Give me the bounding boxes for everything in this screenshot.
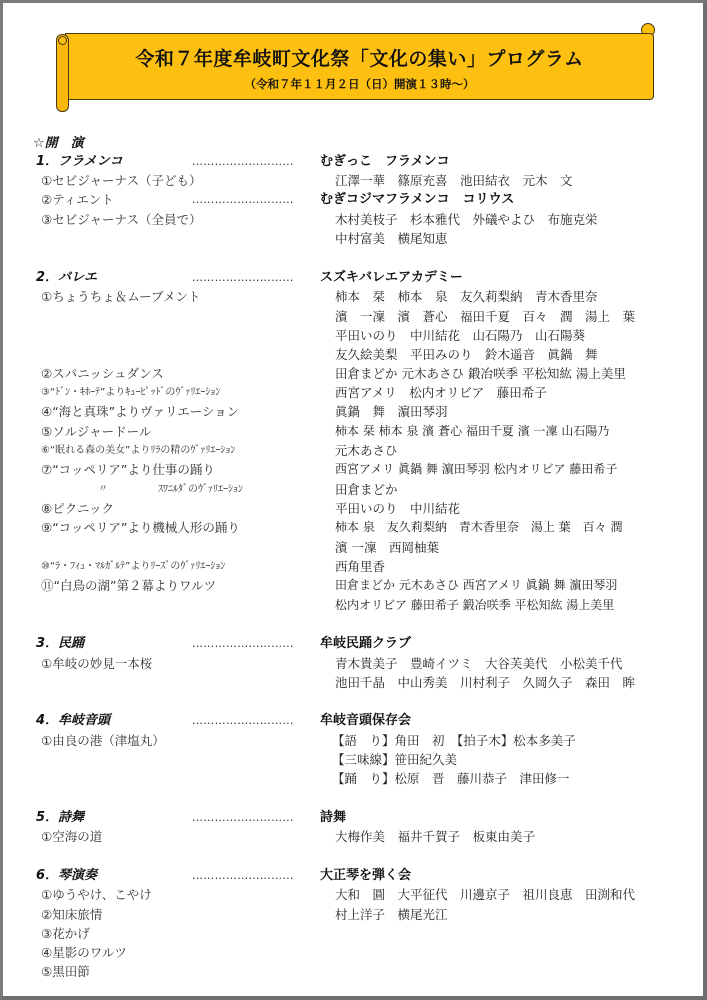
program-item: ①由良の港（津塩丸）: [41, 731, 165, 750]
program-item: ⑩“ﾗ・ﾌｨｭ・ﾏﾙｶﾞﾙﾃ”よりﾘｰｽﾞのｳﾞｧﾘｴｰｼｮﾝ: [41, 557, 225, 576]
performer-names: 西宮アメリ 眞鍋 舞 濵田琴羽 松内オリビア 藤田希子: [335, 460, 617, 479]
performer-names: 柿本 泉 友久莉梨納 青木香里奈 湯上 葉 百々 潤: [335, 518, 622, 537]
program-item: ③セビジャーナス（全員で）: [41, 210, 201, 229]
program-item: ⑤ソルジャードール: [41, 422, 151, 441]
performer-names: 柿本 栞 柿本 泉 濱 蒼心 福田千夏 濱 一凜 山石陽乃: [335, 422, 609, 441]
program-item: ③“ﾄﾞﾝ・ｷﾎｰﾃ”よりｷｭｰﾋﾟｯﾄﾞのｳﾞｧﾘｴｰｼｮﾝ: [41, 383, 220, 402]
leader-dots: ………………………: [192, 268, 294, 287]
leader-dots: ………………………: [192, 808, 294, 827]
performer-names: 濱 一凜 西岡柚葉: [335, 538, 439, 557]
section-title: 2．バレエ: [36, 268, 97, 287]
performer-names: 平田いのり 中川結花: [335, 499, 460, 518]
group-name: むぎコジマフラメンコ コリウス: [320, 190, 514, 209]
performer-names: 【踊 り】松原 晋 藤川恭子 津田修一: [332, 769, 570, 788]
performer-names: 松内オリビア 藤田希子 鍛冶咲季 平松知紘 湯上美里: [335, 596, 614, 615]
performer-names: 【三味線】笹田紀久美: [332, 750, 457, 769]
performer-names: 青木貴美子 豊崎イツミ 大谷芙美代 小松美千代: [335, 654, 623, 673]
performer-names: 大梅作美 福井千賀子 板東由美子: [335, 827, 535, 846]
program-item: ③花かげ: [41, 924, 90, 943]
performer-names: 村上洋子 横尾光江: [335, 905, 448, 924]
performer-names: 池田千晶 中山秀美 川村利子 久岡久子 森田 眸: [335, 673, 635, 692]
performer-names: 田倉まどか 元木あさひ 鍛冶咲季 平松知紘 湯上美里: [335, 364, 626, 383]
program-item: ⑧ピクニック: [41, 499, 114, 518]
program-date: （令和７年１１月２日（日）開演１３時～）: [65, 76, 654, 92]
group-name: 大正琴を弾く会: [320, 866, 411, 885]
performer-names: 中村富美 横尾知恵: [335, 229, 448, 248]
leader-dots: ………………………: [192, 634, 294, 653]
leader-dots: ………………………: [192, 711, 294, 730]
performer-names: 西角里香: [335, 557, 385, 576]
program-item: ⑥“眠れる森の美女”よりﾘﾗの精のｳﾞｧﾘｴｰｼｮﾝ: [41, 441, 235, 460]
performer-names: 柿本 栞 柿本 泉 友久莉梨納 青木香里奈: [335, 287, 598, 306]
performer-names: 木村美枝子 杉本雅代 外礒やよひ 布施克栄: [335, 210, 598, 229]
section-title: 4．牟岐音頭: [36, 711, 110, 730]
leader-dots: ………………………: [192, 152, 294, 171]
group-name: むぎっこ フラメンコ: [320, 152, 450, 171]
performer-names: 【語 り】角田 初 【拍子木】松本多美子: [332, 731, 576, 750]
program-item: ①空海の道: [41, 827, 102, 846]
program-item: ①牟岐の妙見一本桜: [41, 654, 152, 673]
performer-names: 江澤一華 篠原充喜 池田結衣 元木 文: [335, 171, 573, 190]
program-item: ⑤黒田節: [41, 962, 90, 981]
program-item: ②スパニッシュダンス: [41, 364, 164, 383]
section-title: 6．琴演奏: [36, 866, 97, 885]
program-item: 〃 ｽﾜﾆﾙﾀﾞのｳﾞｧﾘｴｰｼｮﾝ: [98, 480, 243, 499]
performer-names: 濱 一凜 濱 蒼心 福田千夏 百々 潤 湯上 葉: [335, 307, 635, 326]
program-item: ①セビジャーナス（子ども）: [41, 171, 201, 190]
program-item: ①ちょうちょ＆ムーブメント: [41, 287, 200, 306]
program-item: ②ティエント: [41, 190, 114, 209]
title-banner: 令和７年度牟岐町文化祭「文化の集い」プログラム （令和７年１１月２日（日）開演１…: [55, 28, 658, 114]
performer-names: 元木あさひ: [335, 441, 398, 460]
performer-names: 眞鍋 舞 濵田琴羽: [335, 402, 448, 421]
group-name: 牟岐民踊クラブ: [320, 634, 411, 653]
program-item: ④星影のワルツ: [41, 943, 127, 962]
leader-dots: ………………………: [192, 190, 294, 209]
leader-dots: ………………………: [192, 866, 294, 885]
program-title: 令和７年度牟岐町文化祭「文化の集い」プログラム: [65, 44, 654, 71]
performer-names: 平田いのり 中川結花 山石陽乃 山石陽葵: [335, 326, 585, 345]
performer-names: 田倉まどか: [335, 480, 398, 499]
group-name: 牟岐音頭保存会: [320, 711, 411, 730]
performer-names: 西宮アメリ 松内オリビア 藤田希子: [335, 383, 547, 402]
section-title: 1．フラメンコ: [36, 152, 123, 171]
performer-names: 大和 圓 大平征代 川邊京子 祖川良恵 田渕和代: [335, 885, 635, 904]
section-title: 5．詩舞: [36, 808, 84, 827]
group-name: 詩舞: [320, 808, 346, 827]
program-item: ⑨“コッペリア”より機械人形の踊り: [41, 518, 240, 537]
program-item: ④“海と真珠”よりヴァリエーション: [41, 402, 239, 421]
program-item: ②知床旅情: [41, 905, 102, 924]
group-name: スズキバレエアカデミー: [320, 268, 463, 287]
opening-label: ☆開 演: [33, 134, 84, 153]
program-item: ①ゆうやけ、こやけ: [41, 885, 152, 904]
section-title: 3．民踊: [36, 634, 84, 653]
performer-names: 友久絵美梨 平田みのり 鈴木遥音 眞鍋 舞: [335, 345, 598, 364]
program-item: ⑦“コッペリア”より仕事の踊り: [41, 460, 215, 479]
performer-names: 田倉まどか 元木あさひ 西宮アメリ 眞鍋 舞 濵田琴羽: [335, 576, 617, 595]
program-item: ⑪“白鳥の湖”第２幕よりワルツ: [41, 576, 216, 595]
